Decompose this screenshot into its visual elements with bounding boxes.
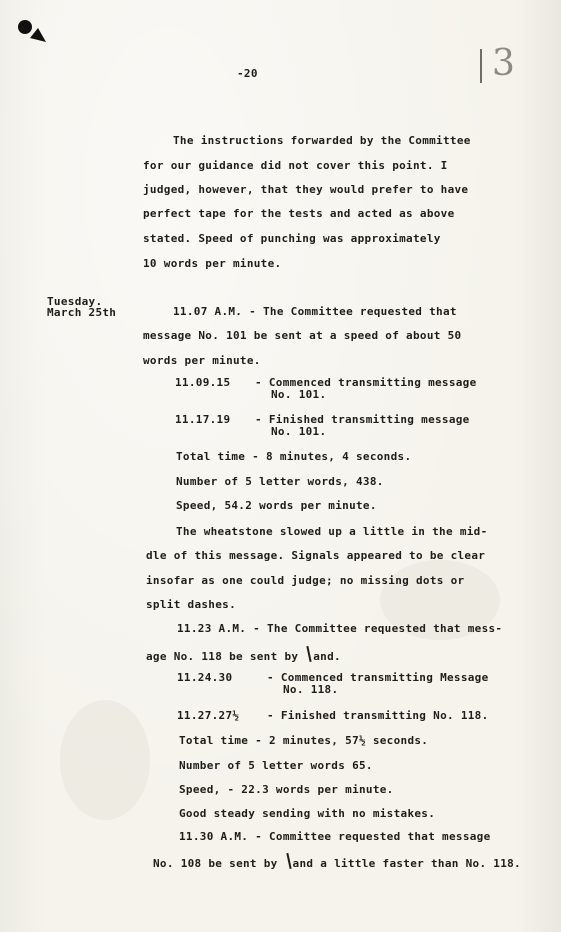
time-1: 11.09.15 <box>175 377 230 389</box>
time-1-text-2: No. 101. <box>271 389 326 401</box>
intro-line-2: for our guidance did not cover this poin… <box>143 160 448 172</box>
log-line-7-text: No. 108 be sent by <box>153 857 285 870</box>
log-line-7: No. 108 be sent by and a little faster t… <box>153 855 521 870</box>
word-count-1: Number of 5 letter words, 438. <box>176 476 384 488</box>
note-2: Good steady sending with no mistakes. <box>179 808 435 820</box>
time-3-text-2: No. 118. <box>283 684 338 696</box>
date-month: March 25th <box>47 307 116 318</box>
intro-line-1: The instructions forwarded by the Commit… <box>173 135 471 147</box>
time-2: 11.17.19 <box>175 414 230 426</box>
note-1-line-1: The wheatstone slowed up a little in the… <box>176 526 488 538</box>
total-time-2: Total time - 2 minutes, 57½ seconds. <box>179 735 428 747</box>
word-count-2: Number of 5 letter words 65. <box>179 760 373 772</box>
handwritten-h-correction-icon <box>305 648 313 662</box>
hole-punch-mark-icon <box>16 16 52 52</box>
time-2-text-2: No. 101. <box>271 426 326 438</box>
handwritten-page-number: 133 <box>480 40 519 84</box>
document-page: -20 133 The instructions forwarded by th… <box>0 0 561 932</box>
intro-line-3: judged, however, that they would prefer … <box>143 184 468 196</box>
log-line-4: 11.23 A.M. - The Committee requested tha… <box>177 623 502 635</box>
log-line-3: words per minute. <box>143 355 261 367</box>
handwritten-h-correction-icon <box>285 855 293 869</box>
intro-line-4: perfect tape for the tests and acted as … <box>143 208 455 220</box>
time-4: 11.27.27½ <box>177 710 239 722</box>
total-time-1: Total time - 8 minutes, 4 seconds. <box>176 451 411 463</box>
log-line-5-text: age No. 118 be sent by <box>146 650 305 663</box>
speed-2: Speed, - 22.3 words per minute. <box>179 784 394 796</box>
time-4-text: - Finished transmitting No. 118. <box>267 710 489 722</box>
speed-1: Speed, 54.2 words per minute. <box>176 500 377 512</box>
note-1-line-4: split dashes. <box>146 599 236 611</box>
page-number: -20 <box>237 68 258 80</box>
intro-line-5: stated. Speed of punching was approximat… <box>143 233 441 245</box>
note-1-line-3: insofar as one could judge; no missing d… <box>146 575 464 587</box>
log-line-6: 11.30 A.M. - Committee requested that me… <box>179 831 491 843</box>
log-line-1: 11.07 A.M. - The Committee requested tha… <box>173 306 457 318</box>
paper-stain <box>60 700 150 820</box>
time-3: 11.24.30 <box>177 672 232 684</box>
note-1-line-2: dle of this message. Signals appeared to… <box>146 550 485 562</box>
log-line-5: age No. 118 be sent by and. <box>146 648 341 663</box>
intro-line-6: 10 words per minute. <box>143 258 281 270</box>
log-line-7-text-end: and a little faster than No. 118. <box>293 857 521 870</box>
log-line-2: message No. 101 be sent at a speed of ab… <box>143 330 461 342</box>
log-line-5-text-end: and. <box>313 650 341 663</box>
